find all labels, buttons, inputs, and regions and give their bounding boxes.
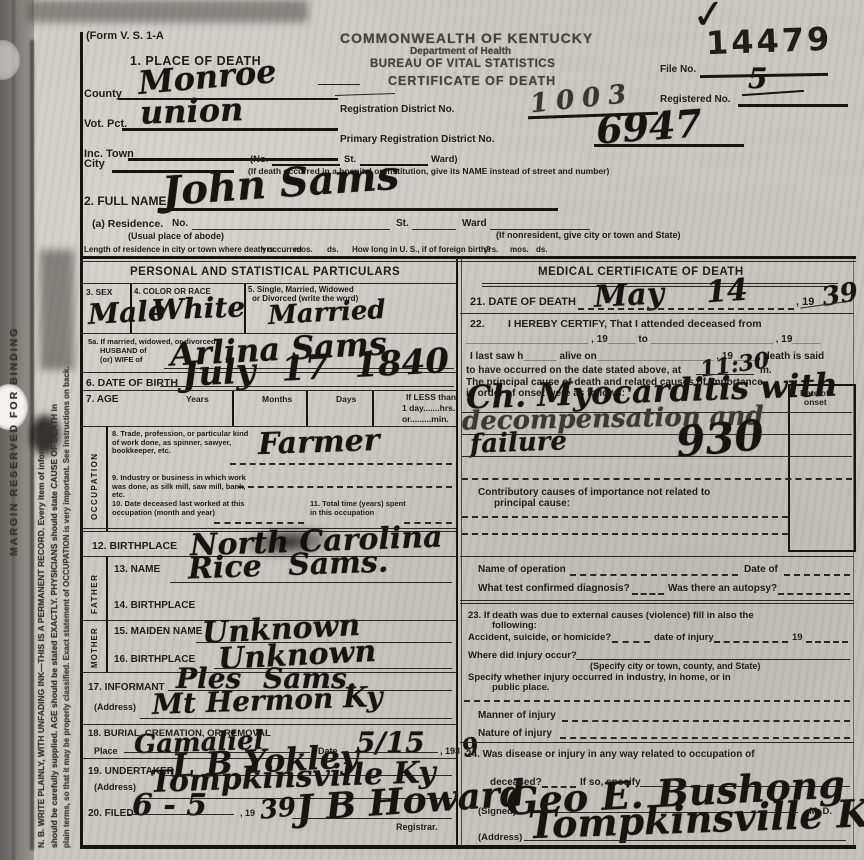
- last-worked-label: 10. Date deceased last worked at this oc…: [112, 500, 268, 517]
- specify-label2: public place.: [492, 682, 550, 693]
- certify-line3: I last saw h______ alive on_____________…: [470, 351, 824, 362]
- dob-label: 6. DATE OF BIRTH: [86, 377, 178, 389]
- informant-row-bottom: [82, 724, 456, 725]
- precinct-label: Vot. Pct.: [84, 118, 127, 130]
- personal-title-rule: [82, 283, 456, 284]
- foreign-ds: ds.: [536, 245, 548, 254]
- dob-row-bottom: [82, 390, 456, 391]
- father-strip-divider: [106, 556, 108, 620]
- residence-st-line: [412, 229, 456, 230]
- operation-date-label: Date of: [744, 564, 778, 575]
- residence-no-label: No.: [172, 218, 188, 229]
- filed-date-value: 6 - 5: [132, 788, 207, 823]
- nature-line: [560, 737, 850, 739]
- industry-line: [238, 486, 452, 488]
- where-line: [576, 659, 850, 660]
- operation-row-top: [460, 556, 854, 557]
- nature-label: Nature of injury: [478, 728, 552, 739]
- contributory-label2: principal cause:: [494, 498, 570, 509]
- margin-smudge: [40, 250, 74, 370]
- father-name-label: 13. NAME: [114, 564, 160, 575]
- test-line: [632, 593, 664, 595]
- informant-address-line: [140, 718, 452, 719]
- cause-code-hw: 930: [674, 410, 766, 466]
- trade-label: 8. Trade, profession, or particular kind…: [112, 430, 254, 456]
- dod-year-hw: 39: [820, 277, 861, 313]
- operation-date-line: [784, 574, 850, 576]
- nature-row-bottom: [460, 742, 854, 743]
- injury-19-line: [806, 641, 848, 643]
- filed-year-hw: 39: [259, 792, 298, 826]
- dod-day-hw: 14: [705, 273, 749, 311]
- sex-color-divider: [130, 284, 132, 333]
- precinct-line: [122, 128, 338, 131]
- test-label: What test confirmed diagnosis?: [478, 583, 630, 594]
- age-label: 7. AGE: [86, 394, 118, 405]
- precinct-value: union: [139, 90, 244, 132]
- residence-label: (a) Residence.: [92, 218, 163, 230]
- full-name-label: 2. FULL NAME: [84, 194, 166, 208]
- age-div2: [306, 391, 308, 426]
- certify-no: 22.: [470, 318, 485, 330]
- commonwealth-title: COMMONWEALTH OF KENTUCKY: [340, 30, 593, 46]
- total-time-label: 11. Total time (years) spent in this occ…: [310, 500, 414, 517]
- birthplace-label: 12. BIRTHPLACE: [92, 540, 177, 552]
- father-name-line: [170, 582, 452, 583]
- where-note: (Specify city or town, county, and State…: [590, 661, 760, 671]
- personal-title: PERSONAL AND STATISTICAL PARTICULARS: [130, 266, 400, 278]
- where-label: Where did injury occur?: [468, 650, 577, 661]
- primary-district-line: [594, 144, 744, 147]
- form-left-border: [80, 32, 83, 848]
- top-smudge: [28, 0, 308, 22]
- color-marital-divider: [244, 284, 246, 333]
- age-days-label: Days: [336, 394, 356, 404]
- street-ward-label: Ward): [431, 154, 458, 165]
- contrib-rule1: [462, 516, 788, 518]
- foreign-label: How long in U. S., if of foreign birth?: [352, 245, 491, 254]
- column-divider: [456, 257, 458, 846]
- abode-note: (Usual place of abode): [128, 231, 224, 241]
- section23-rule: [464, 700, 850, 702]
- mother-strip-divider: [106, 620, 108, 672]
- undertaker-address-label: (Address): [94, 782, 136, 792]
- age-less2: 1 day.......hrs.: [402, 403, 455, 413]
- form-number: (Form V. S. 1-A: [86, 30, 164, 42]
- external-label2: following:: [492, 620, 537, 631]
- length-ds: ds.: [327, 245, 339, 254]
- industry-label: 9. Industry or business in which work wa…: [112, 474, 254, 500]
- spouse-wife-label: (or) WIFE of: [100, 355, 143, 364]
- certificate-title: CERTIFICATE OF DEATH: [388, 74, 556, 88]
- length-mos: mos.: [294, 245, 313, 254]
- informant-address-label: (Address): [94, 702, 136, 712]
- operation-label: Name of operation: [478, 564, 566, 575]
- injury-date-label: date of injury: [654, 632, 714, 643]
- contributory-label1: Contributory causes of importance not re…: [478, 487, 710, 498]
- certify-text: I HEREBY CERTIFY, That I attended deceas…: [508, 318, 762, 330]
- filed-year-prefix: , 19: [240, 808, 255, 818]
- foreign-mos: mos.: [510, 245, 529, 254]
- mother-name-label: 15. MAIDEN NAME: [114, 626, 202, 637]
- registrar-label: Registrar.: [396, 822, 438, 832]
- city-label: City: [84, 158, 105, 170]
- spouse-husband-label: HUSBAND of: [100, 346, 147, 355]
- occupation-strip-divider: [106, 426, 108, 531]
- stray-dash: [318, 84, 360, 85]
- department-subtitle: Department of Health: [410, 46, 511, 57]
- nonresident-note: (If nonresident, give city or town and S…: [496, 230, 681, 240]
- margin-note-line1: N. B. WRITE PLAINLY, WITH UNFADING INK—T…: [36, 423, 46, 848]
- operation-line: [570, 574, 738, 576]
- certify-line2: ______________________ , 19_____ to ____…: [466, 334, 820, 345]
- last-worked-line: [214, 522, 304, 524]
- registered-no-line: [738, 104, 848, 107]
- father-name-value: Rice Sams.: [187, 545, 388, 587]
- father-group-label: FATHER: [90, 574, 99, 614]
- mother-group-label: MOTHER: [90, 627, 99, 668]
- margin-note-line2: should be carefully supplied. AGE should…: [49, 404, 59, 848]
- filed-line: [128, 814, 234, 815]
- margin-note-line3: plain terms, so that it may be properly …: [62, 366, 71, 848]
- residence-ward-label: Ward: [462, 218, 487, 229]
- residence-no-line: [192, 229, 390, 230]
- occupation-question1: 24. Was disease or injury in any way rel…: [466, 749, 755, 760]
- color-value: White: [151, 290, 245, 326]
- registered-no-value: 5: [748, 62, 767, 95]
- registration-district-label: Registration District No.: [340, 104, 454, 115]
- bureau-subtitle: BUREAU OF VITAL STATISTICS: [370, 58, 555, 70]
- injury-19: 19: [792, 632, 803, 643]
- age-years-label: Years: [186, 394, 209, 404]
- dob-line: [160, 386, 454, 387]
- autopsy-label: Was there an autopsy?: [668, 583, 777, 594]
- occupation-group-label: OCCUPATION: [90, 452, 99, 520]
- physician-address-label: (Address): [478, 832, 522, 843]
- foreign-yrs: yrs.: [484, 245, 498, 254]
- manner-label: Manner of injury: [478, 710, 556, 721]
- filed-label: 20. FILED: [88, 808, 134, 819]
- manner-line: [562, 720, 850, 722]
- burial-place-label: Place: [94, 746, 118, 756]
- sex-label: 3. SEX: [86, 287, 112, 297]
- dod-line: [578, 308, 794, 310]
- age-months-label: Months: [262, 394, 292, 404]
- accident-line: [612, 641, 650, 643]
- age-div3: [372, 391, 374, 426]
- accident-label: Accident, suicide, or homicide?: [468, 632, 611, 643]
- cause-line3-hw: failure: [470, 426, 568, 459]
- file-number-stamp: 14479: [705, 20, 833, 62]
- age-less3: or.........min.: [402, 414, 449, 424]
- margin-binding-note: MARGIN RESERVED FOR BINDING: [8, 327, 20, 556]
- table-top-border: [80, 256, 856, 259]
- age-div1: [232, 391, 234, 426]
- contrib-rule2: [462, 533, 788, 535]
- county-label: County: [84, 88, 122, 100]
- table-top-border2: [80, 261, 856, 262]
- full-name-line: [160, 208, 558, 211]
- form-bottom-border: [80, 845, 856, 849]
- autopsy-line: [778, 593, 850, 595]
- file-no-label: File No.: [660, 64, 696, 75]
- cause-rule3: [462, 456, 852, 457]
- physician-address-line: [524, 840, 846, 841]
- column-divider2: [461, 257, 462, 846]
- marital-label1: 5. Single, Married, Widowed: [248, 285, 354, 294]
- primary-district-label: Primary Registration District No.: [340, 134, 494, 145]
- death-certificate-scan: MARGIN RESERVED FOR BINDING N. B. WRITE …: [0, 0, 864, 860]
- onset-box: [788, 384, 856, 552]
- length-yrs: yrs.: [262, 245, 276, 254]
- burial-year-prefix: , 193: [440, 746, 460, 756]
- injury-date-line: [714, 641, 788, 643]
- test-row-bottom2: [460, 603, 854, 604]
- test-row-bottom1: [460, 600, 854, 601]
- residence-st-label: St.: [396, 218, 409, 229]
- burial-date-value: 5/15: [356, 726, 425, 759]
- trade-line: [230, 463, 452, 465]
- registrar-line: [292, 818, 452, 819]
- father-birthplace-label: 14. BIRTHPLACE: [114, 600, 195, 611]
- dod-label: 21. DATE OF DEATH: [470, 296, 576, 308]
- age-less1: If LESS than: [406, 392, 456, 402]
- trade-value: Farmer: [257, 423, 380, 462]
- dod-row-bottom: [460, 313, 854, 314]
- cause-rule4: [462, 478, 852, 480]
